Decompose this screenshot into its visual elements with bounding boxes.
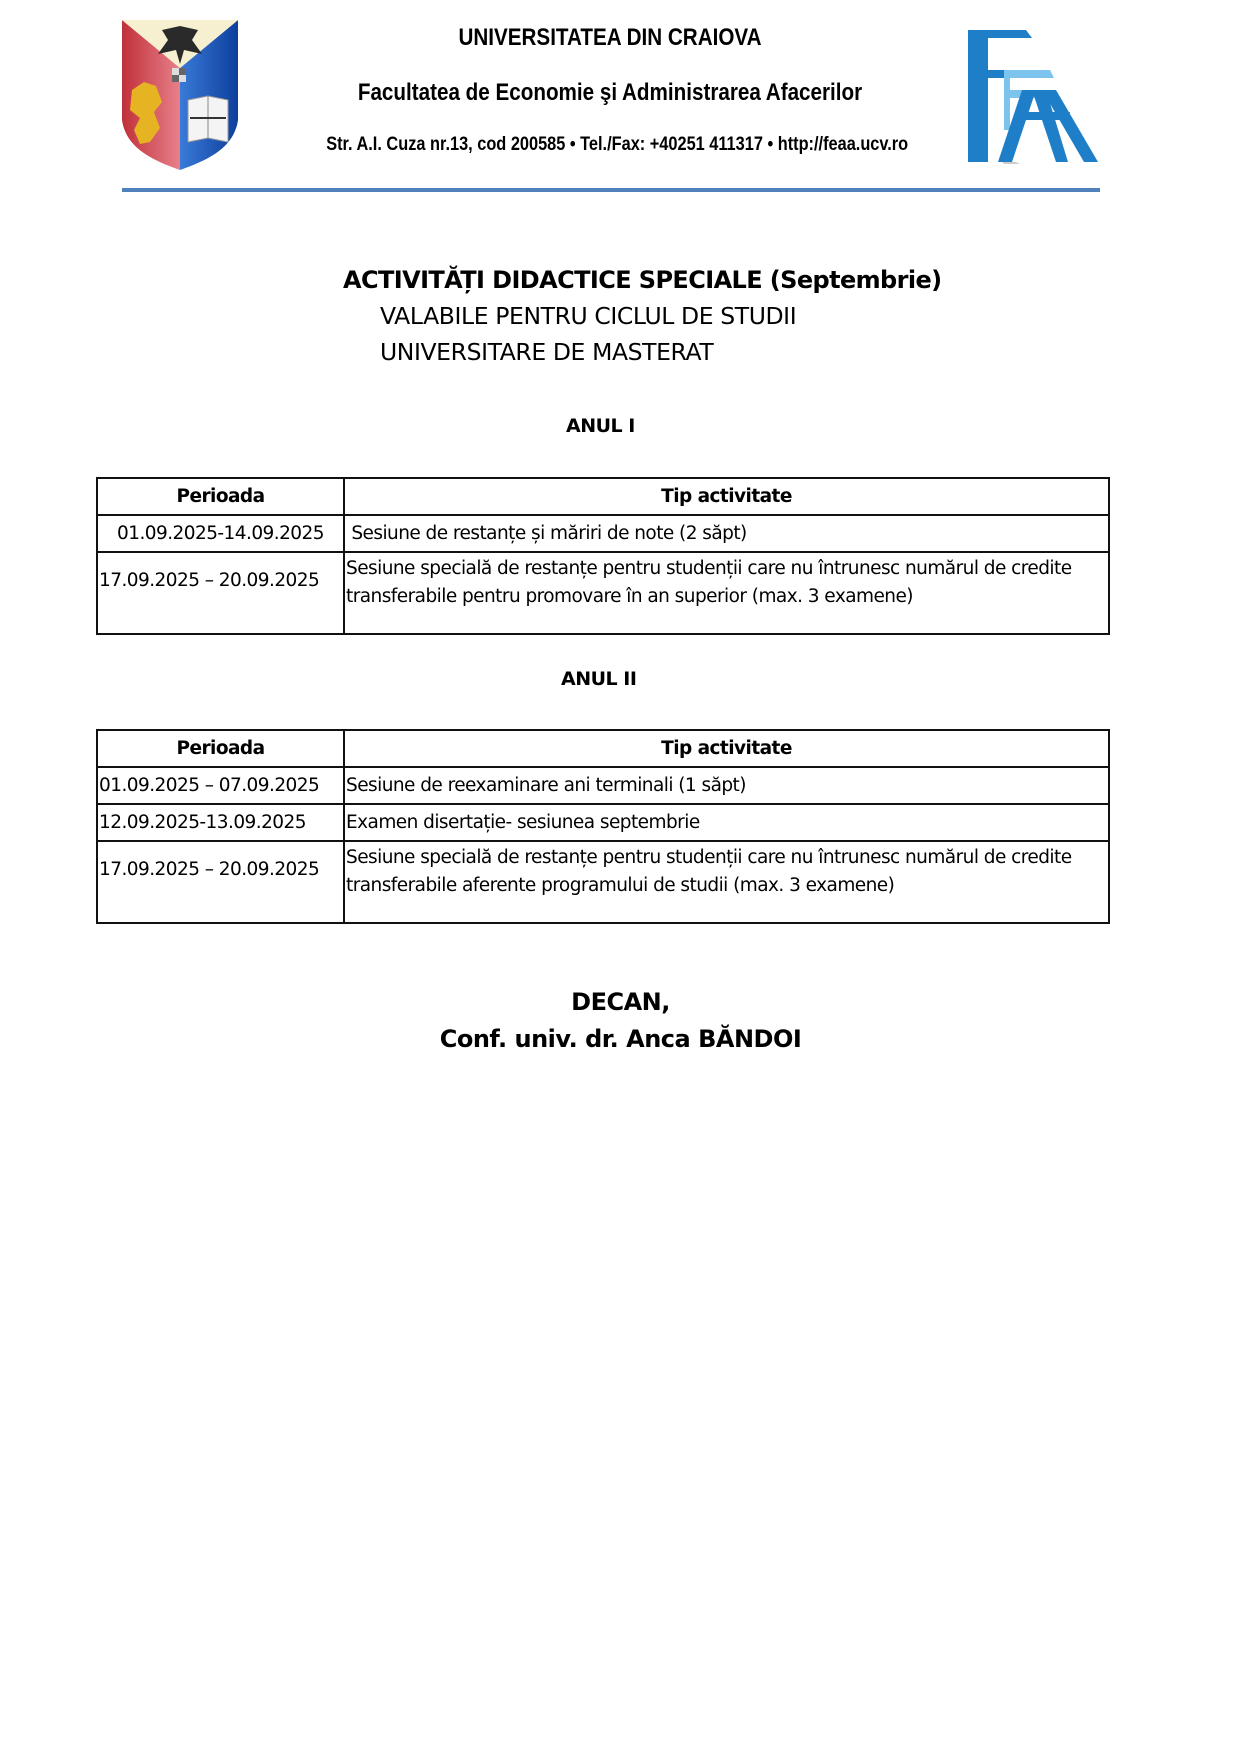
year1-heading: ANUL I — [566, 415, 635, 437]
column-header-activity: Tip activitate — [344, 478, 1109, 515]
activity-cell: Sesiune de restanțe și măriri de note (2… — [344, 515, 1109, 552]
table-header-row: Perioada Tip activitate — [97, 478, 1109, 515]
header-divider — [122, 188, 1100, 192]
table-row: 12.09.2025-13.09.2025 Examen disertație-… — [97, 804, 1109, 841]
year2-schedule-table: Perioada Tip activitate 01.09.2025 – 07.… — [96, 729, 1110, 924]
column-header-activity: Tip activitate — [344, 730, 1109, 767]
year1-schedule-table: Perioada Tip activitate 01.09.2025-14.09… — [96, 477, 1110, 635]
period-cell: 01.09.2025 – 07.09.2025 — [97, 767, 344, 804]
activity-cell: Sesiune de reexaminare ani terminali (1 … — [344, 767, 1109, 804]
activity-cell: Sesiune specială de restanțe pentru stud… — [344, 552, 1109, 634]
university-name: UNIVERSITATEA DIN CRAIOVA — [326, 24, 894, 52]
document-title: ACTIVITĂȚI DIDACTICE SPECIALE (Septembri… — [343, 266, 942, 294]
period-cell: 17.09.2025 – 20.09.2025 — [97, 552, 344, 634]
faculty-address: Str. A.I. Cuza nr.13, cod 200585 • Tel./… — [326, 134, 894, 156]
table-row: 17.09.2025 – 20.09.2025 Sesiune specială… — [97, 552, 1109, 634]
activity-cell: Examen disertație- sesiunea septembrie — [344, 804, 1109, 841]
table-row: 17.09.2025 – 20.09.2025 Sesiune specială… — [97, 841, 1109, 923]
table-header-row: Perioada Tip activitate — [97, 730, 1109, 767]
period-cell: 17.09.2025 – 20.09.2025 — [97, 841, 344, 923]
table-row: 01.09.2025 – 07.09.2025 Sesiune de reexa… — [97, 767, 1109, 804]
university-crest-icon — [122, 20, 238, 170]
column-header-period: Perioada — [97, 730, 344, 767]
period-cell: 01.09.2025-14.09.2025 — [97, 515, 344, 552]
table-row: 01.09.2025-14.09.2025 Sesiune de restanț… — [97, 515, 1109, 552]
document-subtitle-line1: VALABILE PENTRU CICLUL DE STUDII — [380, 302, 796, 330]
signatory-role: DECAN, — [0, 988, 1241, 1016]
year2-heading: ANUL II — [561, 668, 636, 690]
column-header-period: Perioada — [97, 478, 344, 515]
faculty-name: Facultatea de Economie şi Administrarea … — [326, 79, 894, 107]
document-subtitle-line2: UNIVERSITARE DE MASTERAT — [380, 338, 713, 366]
period-cell: 12.09.2025-13.09.2025 — [97, 804, 344, 841]
feaa-logo-icon — [968, 30, 1100, 165]
activity-cell: Sesiune specială de restanțe pentru stud… — [344, 841, 1109, 923]
signatory-name: Conf. univ. dr. Anca BĂNDOI — [0, 1025, 1241, 1053]
